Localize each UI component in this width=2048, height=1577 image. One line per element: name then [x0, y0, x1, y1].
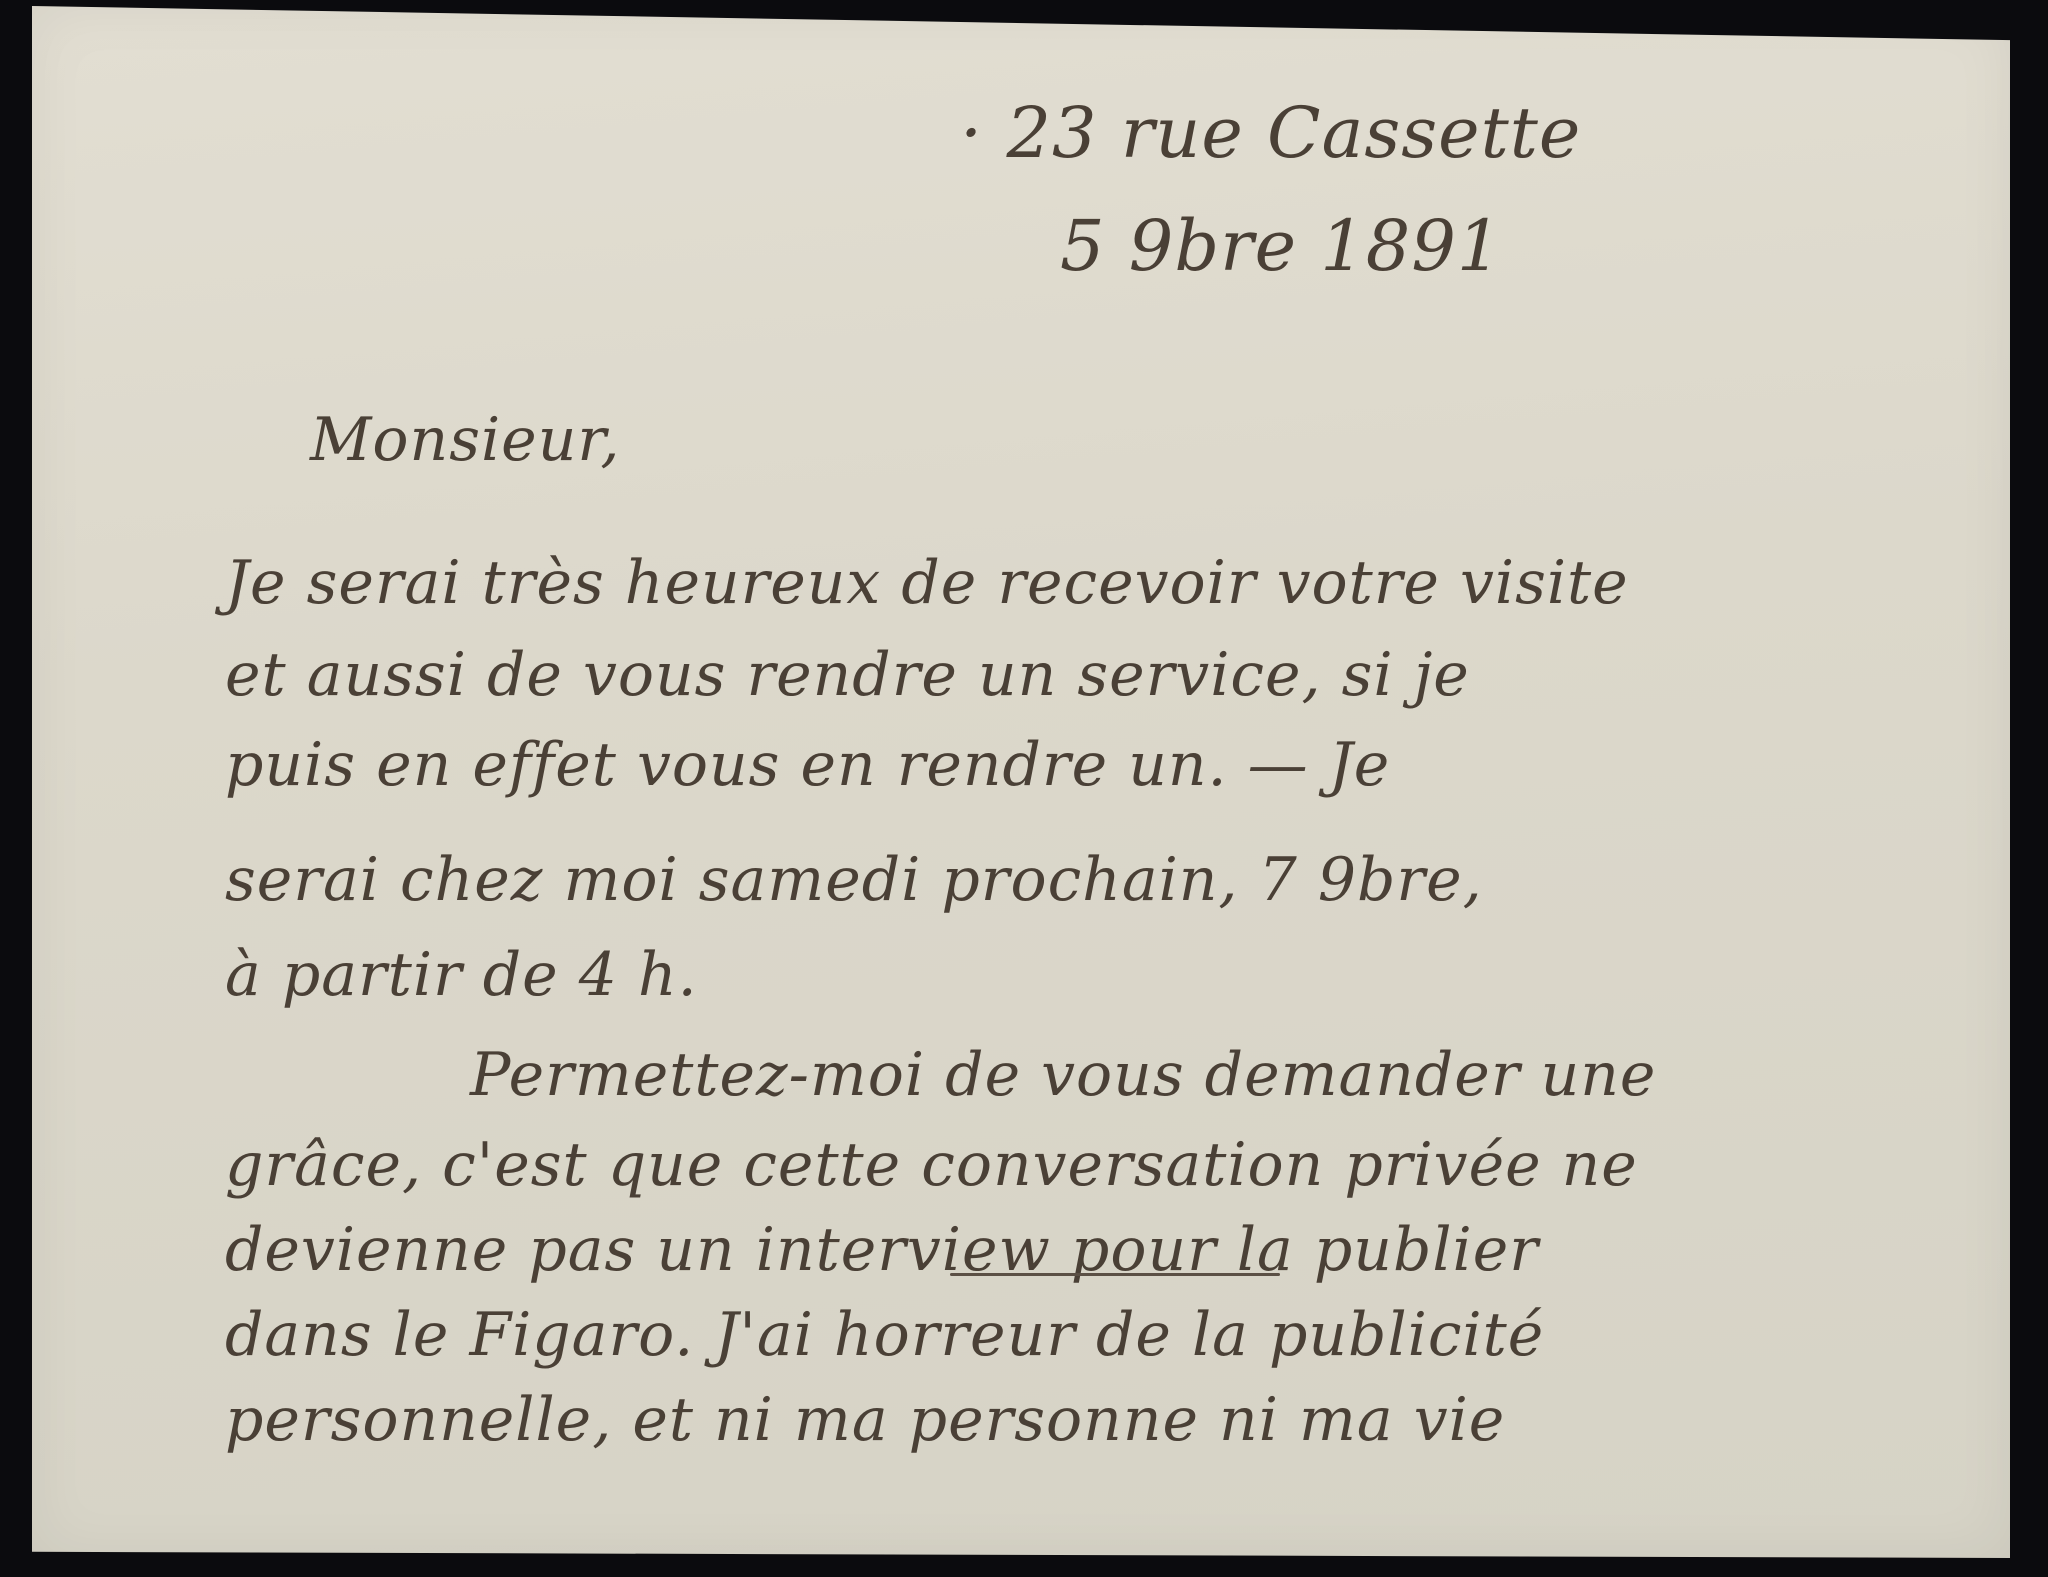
letter-line: devienne pas un interview pour la publie…	[225, 1215, 1539, 1285]
letter-line: grâce, c'est que cette conversation priv…	[225, 1130, 1638, 1200]
letter-line: puis en effet vous en rendre un. — Je	[225, 730, 1390, 800]
letter-line: Permettez-moi de vous demander une	[470, 1040, 1656, 1110]
letter-line: personnelle, et ni ma personne ni ma vie	[225, 1385, 1505, 1455]
letter-date: 5 9bre 1891	[1060, 205, 1502, 287]
letter-line: Je serai très heureux de recevoir votre …	[225, 548, 1629, 618]
letter-line: à partir de 4 h.	[225, 940, 698, 1010]
letter-line: serai chez moi samedi prochain, 7 9bre,	[225, 845, 1483, 915]
interview-underline	[950, 1273, 1280, 1276]
letter-line: dans le Figaro. J'ai horreur de la publi…	[225, 1300, 1544, 1370]
letter-line: et aussi de vous rendre un service, si j…	[225, 640, 1470, 710]
letter-salutation: Monsieur,	[310, 405, 621, 475]
letter-address: · 23 rue Cassette	[960, 92, 1581, 174]
